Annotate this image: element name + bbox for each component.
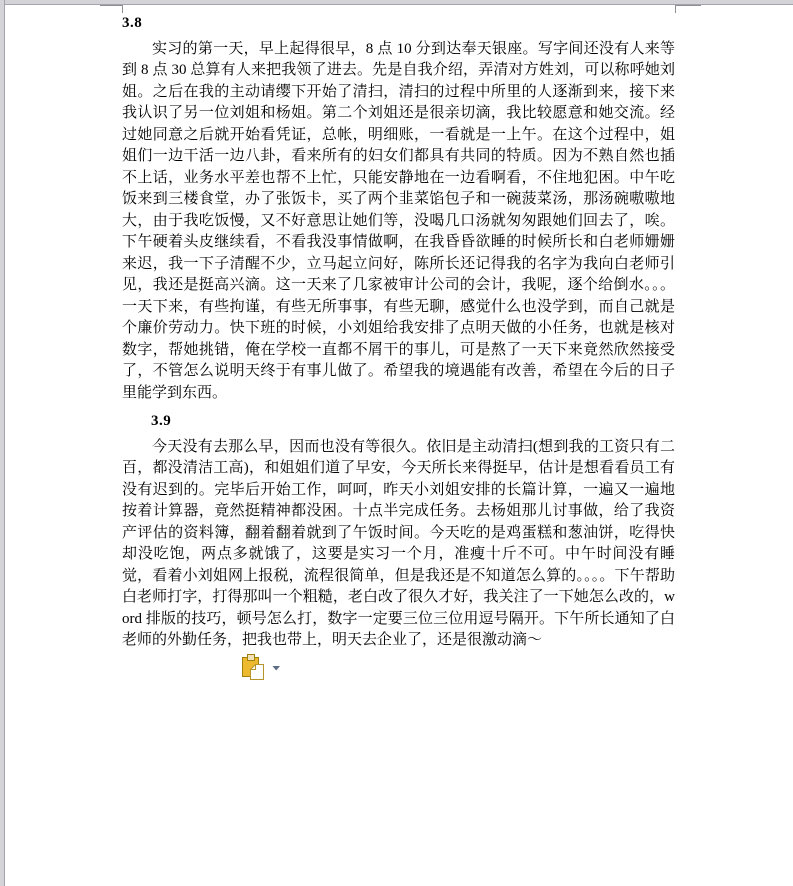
- crop-mark-top-right-icon: [675, 5, 701, 13]
- page-left-edge: [0, 0, 5, 886]
- section-heading-3-8: 3.8: [122, 13, 675, 35]
- paste-options-button[interactable]: [242, 654, 288, 681]
- section-paragraph-3-8: 实习的第一天，早上起得很早，8 点 10 分到达奉天银座。写字间还没有人来等到 …: [122, 39, 675, 405]
- word-document-page: 3.8 实习的第一天，早上起得很早，8 点 10 分到达奉天银座。写字间还没有人…: [0, 0, 793, 886]
- chevron-down-icon[interactable]: [272, 663, 281, 671]
- crop-mark-top-left-icon: [100, 5, 123, 13]
- document-body: 3.8 实习的第一天，早上起得很早，8 点 10 分到达奉天银座。写字间还没有人…: [122, 13, 675, 681]
- clipboard-paste-icon[interactable]: [242, 654, 265, 680]
- section-paragraph-3-9: 今天没有去那么早，因而也没有等很久。依旧是主动清扫(想到我的工资只有二百，都没清…: [122, 437, 675, 652]
- section-heading-3-9: 3.9: [122, 411, 675, 433]
